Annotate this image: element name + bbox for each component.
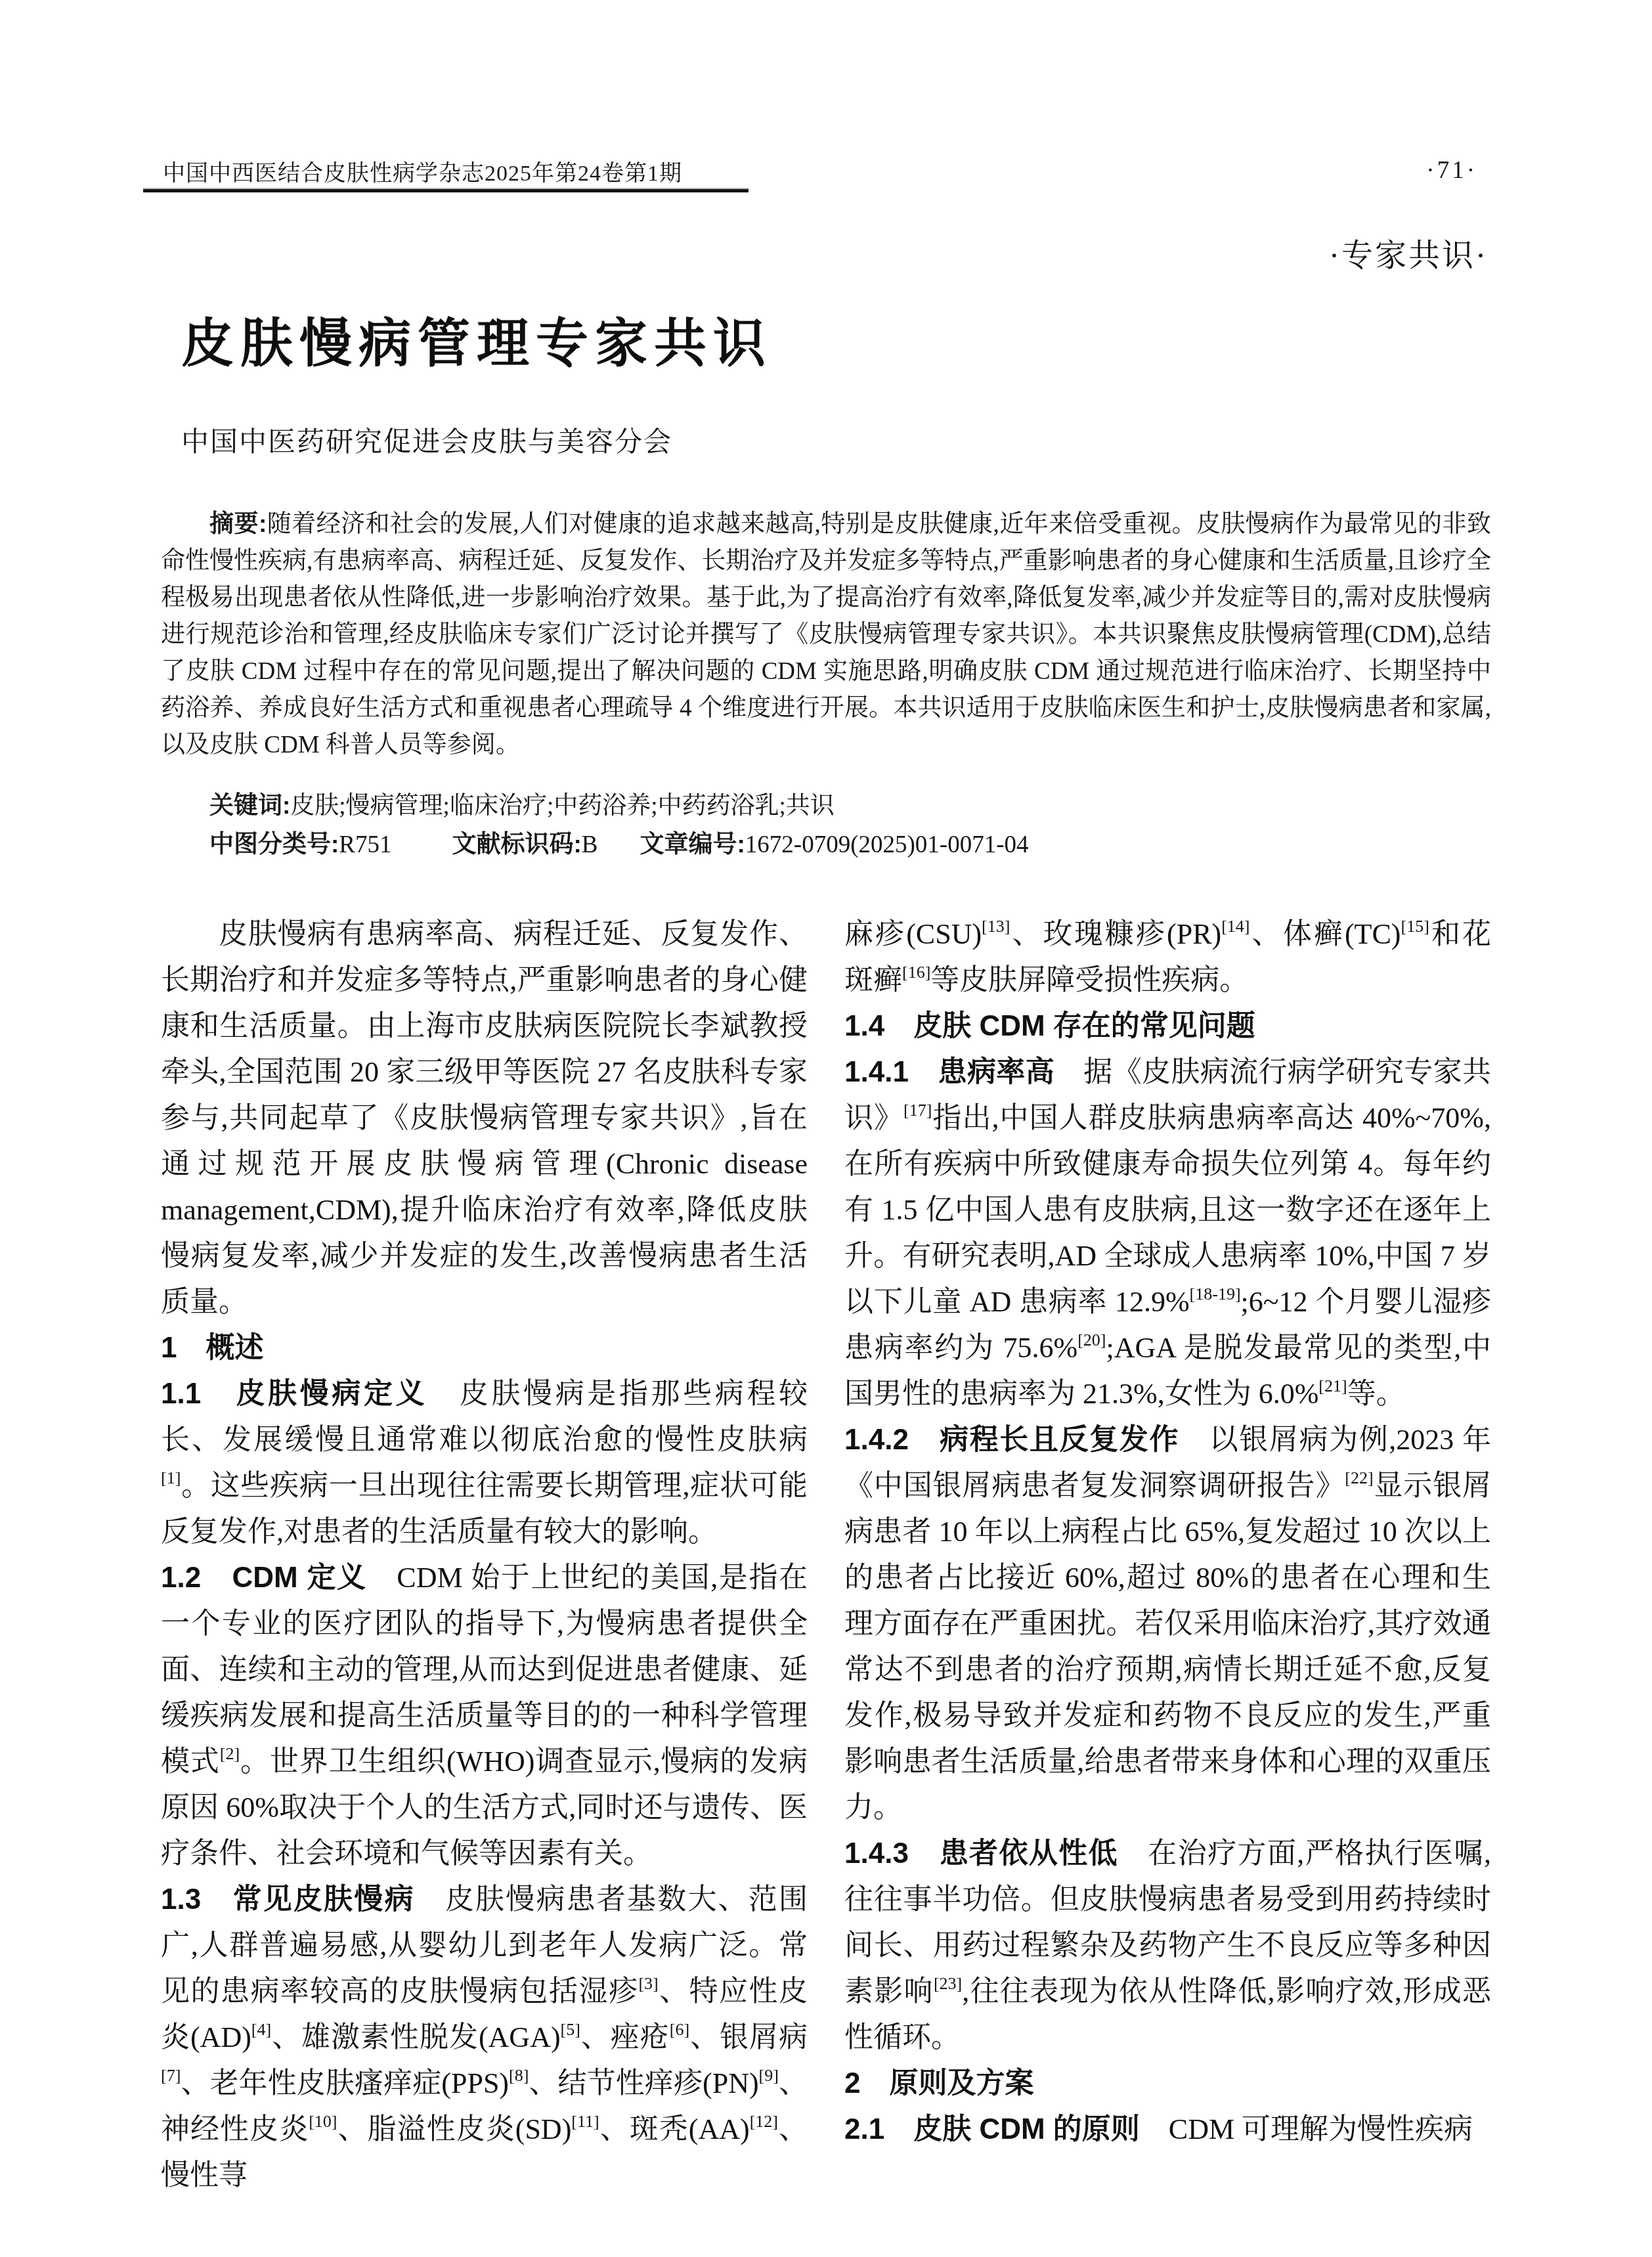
body-paragraph: 麻疹(CSU)[13]、玫瑰糠疹(PR)[14]、体癣(TC)[15]和花斑癣[… xyxy=(844,911,1491,1003)
reference-superscript: [4] xyxy=(251,2020,271,2039)
reference-superscript: [9] xyxy=(759,2066,779,2085)
body-paragraph: 2.1 皮肤 CDM 的原则 CDM 可理解为慢性疾病 xyxy=(844,2107,1491,2153)
paragraph-lead: 1.3 常见皮肤慢病 xyxy=(161,1883,415,1916)
keywords-text: 皮肤;慢病管理;临床治疗;中药浴养;中药药浴乳;共识 xyxy=(290,793,834,820)
reference-superscript: [12] xyxy=(750,2112,778,2131)
body-column-left: 皮肤慢病有患病率高、病程迁延、反复发作、长期治疗和并发症多等特点,严重影响患者的… xyxy=(161,911,808,2199)
clc-label: 中图分类号: xyxy=(209,831,339,858)
body-column-right: 麻疹(CSU)[13]、玫瑰糠疹(PR)[14]、体癣(TC)[15]和花斑癣[… xyxy=(844,911,1491,2199)
abstract-paragraph: 摘要:随着经济和社会的发展,人们对健康的追求越来越高,特别是皮肤健康,近年来倍受… xyxy=(161,506,1491,764)
reference-superscript: [1] xyxy=(161,1468,181,1487)
doc-code-pair: 文献标识码:B xyxy=(452,831,598,858)
paragraph-lead: 1.1 皮肤慢病定义 xyxy=(161,1378,427,1410)
reference-superscript: [23] xyxy=(934,1974,962,1993)
paragraph-lead: 1.4.2 病程长且反复发作 xyxy=(844,1424,1179,1456)
section-label: ·专家共识· xyxy=(1329,230,1488,275)
body-paragraph: 1.4.2 病程长且反复发作 以银屑病为例,2023 年《中国银屑病患者复发洞察… xyxy=(844,1417,1491,1831)
section-heading: 2 原则及方案 xyxy=(844,2061,1491,2107)
reference-superscript: [18-19] xyxy=(1190,1284,1241,1304)
keywords-line: 关键词:皮肤;慢病管理;临床治疗;中药浴养;中药药浴乳;共识 xyxy=(161,787,1491,825)
article-title: 皮肤慢病管理专家共识 xyxy=(181,301,772,376)
body-paragraph: 皮肤慢病有患病率高、病程迁延、反复发作、长期治疗和并发症多等特点,严重影响患者的… xyxy=(161,911,808,1325)
abstract-label: 摘要: xyxy=(209,510,267,537)
classification-line: 中图分类号:R751文献标识码:B文章编号:1672-0709(2025)01-… xyxy=(161,826,1491,864)
reference-superscript: [16] xyxy=(902,963,930,982)
paragraph-lead: 1.4.3 患者依从性低 xyxy=(844,1837,1118,1870)
reference-superscript: [21] xyxy=(1318,1376,1347,1395)
reference-superscript: [3] xyxy=(638,1974,658,1993)
reference-superscript: [7] xyxy=(161,2066,181,2085)
reference-superscript: [2] xyxy=(220,1744,240,1763)
article-id-value: 1672-0709(2025)01-0071-04 xyxy=(745,831,1029,858)
clc-pair: 中图分类号:R751 xyxy=(209,831,392,858)
clc-value: R751 xyxy=(339,831,391,858)
paragraph-lead: 2.1 皮肤 CDM 的原则 xyxy=(844,2113,1140,2145)
article-id-label: 文章编号: xyxy=(640,831,745,858)
body-paragraph: 1.3 常见皮肤慢病 皮肤慢病患者基数大、范围广,人群普遍易感,从婴幼儿到老年人… xyxy=(161,1877,808,2199)
front-matter: 摘要:随着经济和社会的发展,人们对健康的追求越来越高,特别是皮肤健康,近年来倍受… xyxy=(161,506,1491,864)
reference-superscript: [15] xyxy=(1401,917,1429,936)
section-heading: 1.4 皮肤 CDM 存在的常见问题 xyxy=(844,1003,1491,1049)
keywords-label: 关键词: xyxy=(209,792,290,819)
reference-superscript: [22] xyxy=(1345,1468,1373,1487)
body-paragraph: 1.4.1 患病率高 据《皮肤病流行病学研究专家共识》[17]指出,中国人群皮肤… xyxy=(844,1049,1491,1417)
header-rule xyxy=(143,188,749,192)
article-author: 中国中医药研究促进会皮肤与美容分会 xyxy=(181,420,672,460)
reference-superscript: [20] xyxy=(1077,1330,1106,1349)
body-paragraph: 1.1 皮肤慢病定义 皮肤慢病是指那些病程较长、发展缓慢且通常难以彻底治愈的慢性… xyxy=(161,1371,808,1555)
body-columns: 皮肤慢病有患病率高、病程迁延、反复发作、长期治疗和并发症多等特点,严重影响患者的… xyxy=(161,911,1491,2199)
abstract-text: 随着经济和社会的发展,人们对健康的追求越来越高,特别是皮肤健康,近年来倍受重视。… xyxy=(161,511,1491,758)
page-number: ·71· xyxy=(1426,156,1477,185)
doc-code-value: B xyxy=(582,831,598,858)
reference-superscript: [13] xyxy=(982,917,1010,936)
reference-superscript: [8] xyxy=(509,2066,529,2085)
paragraph-lead: 1.2 CDM 定义 xyxy=(161,1562,367,1594)
reference-superscript: [6] xyxy=(670,2020,689,2039)
reference-superscript: [17] xyxy=(903,1101,932,1120)
body-paragraph: 1.2 CDM 定义 CDM 始于上世纪的美国,是指在一个专业的医疗团队的指导下… xyxy=(161,1555,808,1877)
section-heading: 1 概述 xyxy=(161,1325,808,1371)
body-paragraph: 1.4.3 患者依从性低 在治疗方面,严格执行医嘱,往往事半功倍。但皮肤慢病患者… xyxy=(844,1831,1491,2061)
article-id-pair: 文章编号:1672-0709(2025)01-0071-04 xyxy=(640,831,1029,858)
reference-superscript: [11] xyxy=(571,2112,599,2131)
reference-superscript: [14] xyxy=(1221,917,1250,936)
reference-superscript: [10] xyxy=(309,2112,337,2131)
paragraph-lead: 1.4.1 患病率高 xyxy=(844,1056,1054,1088)
journal-page: 中国中西医结合皮肤性病学杂志2025年第24卷第1期 ·71· ·专家共识· 皮… xyxy=(0,0,1652,2257)
doc-code-label: 文献标识码: xyxy=(452,831,582,858)
journal-name: 中国中西医结合皮肤性病学杂志2025年第24卷第1期 xyxy=(163,155,682,187)
reference-superscript: [5] xyxy=(561,2020,580,2039)
